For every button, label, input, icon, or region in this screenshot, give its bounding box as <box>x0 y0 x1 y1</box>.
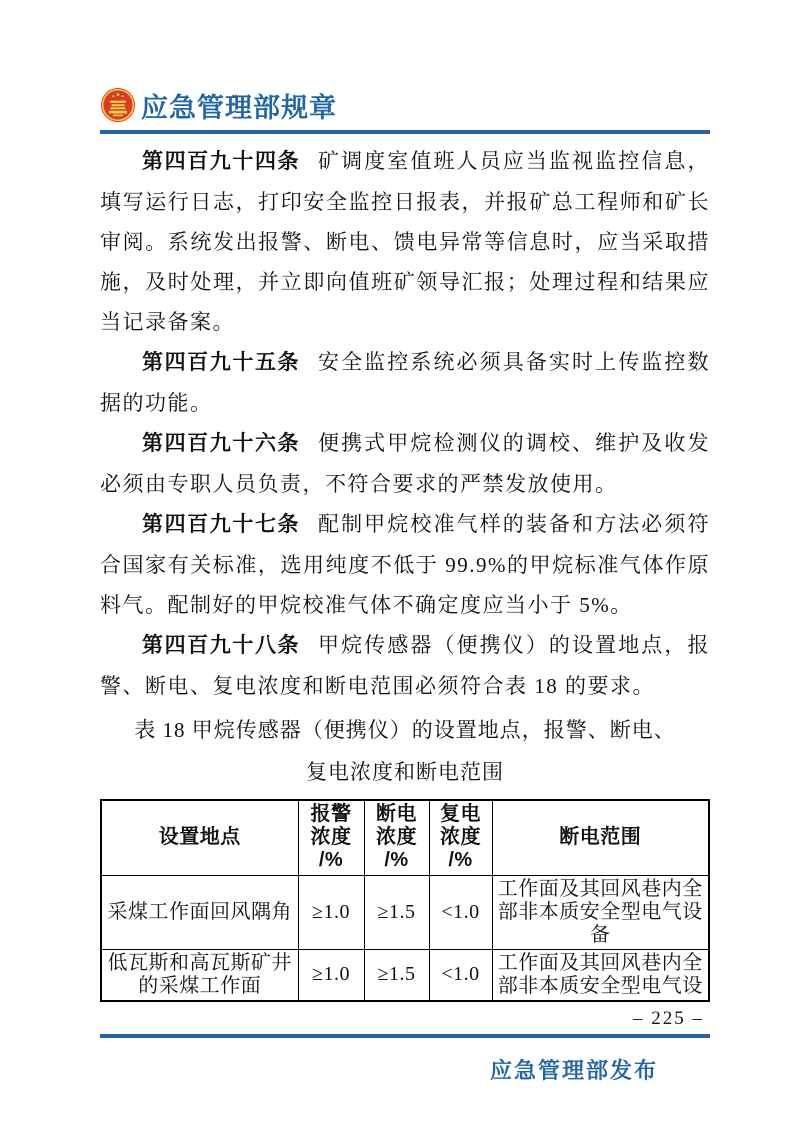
table-row: 采煤工作面回风隅角 ≥1.0 ≥1.5 <1.0 工作面及其回风巷内全部非本质安… <box>101 875 709 949</box>
page-header: 应急管理部规章 <box>100 85 710 134</box>
cell-alarm: ≥1.0 <box>298 875 364 949</box>
cell-poweron: <1.0 <box>429 875 492 949</box>
header-rule <box>100 130 710 134</box>
col-header-alarm-concentration: 报警 浓度 /% <box>298 800 364 875</box>
header-title: 应急管理部规章 <box>141 86 337 125</box>
article-495-number: 第四百九十五条 <box>142 351 300 374</box>
col-header-poweron-concentration: 复电 浓度 /% <box>429 800 492 875</box>
article-498-number: 第四百九十八条 <box>142 634 300 657</box>
cell-location: 采煤工作面回风隅角 <box>101 875 298 949</box>
article-494-number: 第四百九十四条 <box>142 150 300 173</box>
page-number: – 225 – <box>100 1008 710 1030</box>
table-caption-line1: 表 18 甲烷传感器（便携仪）的设置地点，报警、断电、 <box>100 709 710 751</box>
cell-range: 工作面及其回风巷内全部非本质安全型电气设备 <box>492 875 709 949</box>
article-495: 第四百九十五条安全监控系统必须具备实时上传监控数据的功能。 <box>100 342 710 423</box>
col-header-poweroff-concentration: 断电 浓度 /% <box>364 800 429 875</box>
cell-poweroff: ≥1.5 <box>364 875 429 949</box>
article-496: 第四百九十六条便携式甲烷检测仪的调校、维护及收发必须由专职人员负责，不符合要求的… <box>100 423 710 504</box>
cell-location: 低瓦斯和高瓦斯矿井的采煤工作面 <box>101 949 298 1001</box>
col-header-location: 设置地点 <box>101 800 298 875</box>
article-497: 第四百九十七条配制甲烷校准气样的装备和方法必须符合国家有关标准，选用纯度不低于 … <box>100 504 710 625</box>
page-footer: 应急管理部发布 <box>100 1034 710 1085</box>
table-row: 低瓦斯和高瓦斯矿井的采煤工作面 ≥1.0 ≥1.5 <1.0 工作面及其回风巷内… <box>101 949 709 1001</box>
col-header-poweroff-range: 断电范围 <box>492 800 709 875</box>
article-498: 第四百九十八条甲烷传感器（便携仪）的设置地点，报警、断电、复电浓度和断电范围必须… <box>100 625 710 706</box>
article-496-number: 第四百九十六条 <box>142 432 300 455</box>
document-body: 第四百九十四条矿调度室值班人员应当监视监控信息，填写运行日志，打印安全监控日报表… <box>100 141 710 1002</box>
cell-poweron: <1.0 <box>429 949 492 1001</box>
table-caption-line2: 复电浓度和断电范围 <box>100 751 710 793</box>
article-494: 第四百九十四条矿调度室值班人员应当监视监控信息，填写运行日志，打印安全监控日报表… <box>100 141 710 342</box>
cell-alarm: ≥1.0 <box>298 949 364 1001</box>
cell-range: 工作面及其回风巷内全部非本质安全型电气设 <box>492 949 709 1001</box>
methane-sensor-table: 设置地点 报警 浓度 /% 断电 浓度 /% 复电 浓度 /% <box>100 799 710 1002</box>
footer-rule <box>100 1034 710 1038</box>
table-caption: 表 18 甲烷传感器（便携仪）的设置地点，报警、断电、 复电浓度和断电范围 <box>100 709 710 793</box>
table-header-row: 设置地点 报警 浓度 /% 断电 浓度 /% 复电 浓度 /% <box>101 800 709 875</box>
cell-poweroff: ≥1.5 <box>364 949 429 1001</box>
article-494-text: 矿调度室值班人员应当监视监控信息，填写运行日志，打印安全监控日报表，并报矿总工程… <box>100 149 710 334</box>
publisher-label: 应急管理部发布 <box>100 1054 710 1085</box>
article-497-number: 第四百九十七条 <box>142 513 300 536</box>
national-emblem-icon <box>100 87 136 123</box>
document-page: 应急管理部规章 第四百九十四条矿调度室值班人员应当监视监控信息，填写运行日志，打… <box>0 0 793 1122</box>
header-brand: 应急管理部规章 <box>100 85 710 125</box>
